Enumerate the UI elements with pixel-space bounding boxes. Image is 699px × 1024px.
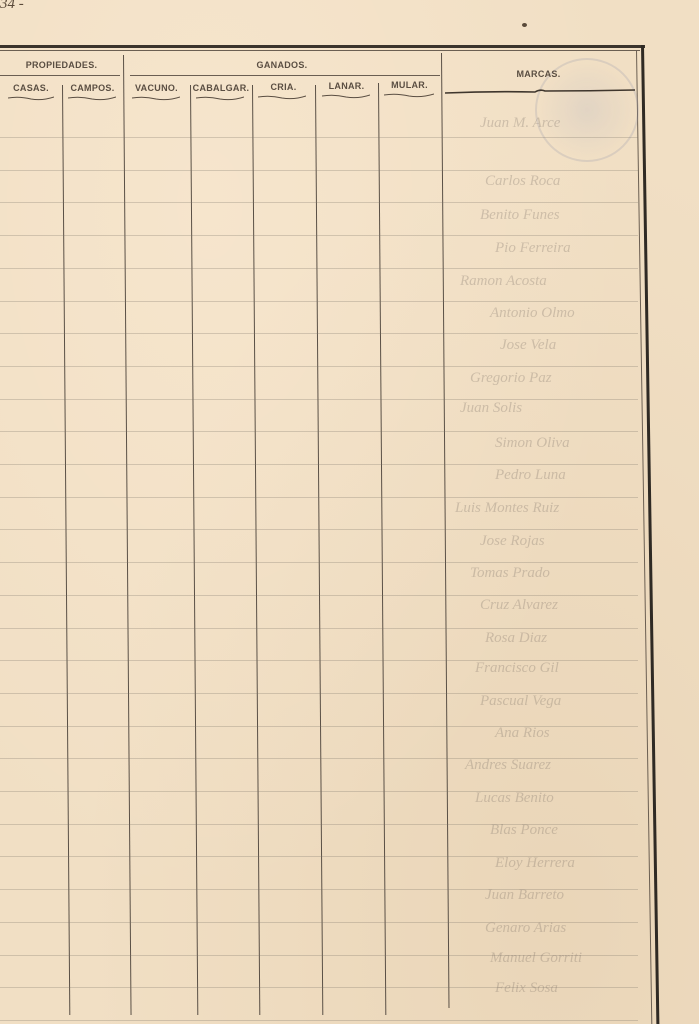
ink-speck — [522, 23, 527, 27]
col-line-7 — [441, 53, 450, 1008]
table-row-line — [0, 301, 638, 302]
squiggle-cabalgar — [196, 95, 244, 101]
table-row-line — [0, 529, 638, 530]
bleed-through-text: Felix Sosa — [495, 980, 558, 997]
bleed-through-text: Simon Oliva — [495, 435, 570, 452]
group-header-propiedades: PROPIEDADES. — [0, 60, 123, 70]
col-header-mular: MULAR. — [378, 80, 441, 90]
col-line-5 — [315, 85, 323, 1015]
col-header-cria: CRIA. — [252, 82, 315, 92]
table-row-line — [0, 399, 638, 400]
squiggle-cria — [258, 94, 306, 100]
table-row-line — [0, 595, 638, 596]
bleed-through-text: Benito Funes — [480, 207, 560, 224]
squiggle-campos — [68, 95, 116, 101]
bleed-through-text: Francisco Gil — [475, 660, 559, 677]
bleed-through-text: Rosa Diaz — [485, 630, 547, 647]
bleed-through-text: Manuel Gorriti — [490, 950, 582, 967]
table-row-line — [0, 137, 638, 138]
bleed-through-text: Ana Rios — [495, 725, 550, 742]
table-row-line — [0, 1020, 638, 1021]
ledger-table: PROPIEDADES. GANADOS. CASAS. CAMPOS. VAC… — [0, 45, 645, 1024]
bleed-through-text: Ramon Acosta — [460, 273, 547, 290]
col-header-campos: CAMPOS. — [62, 83, 123, 93]
table-row-line — [0, 268, 638, 269]
bleed-through-text: Jose Vela — [500, 337, 556, 354]
table-row-line — [0, 562, 638, 563]
col-header-vacuno: VACUNO. — [123, 83, 190, 93]
group-header-ganados: GANADOS. — [123, 60, 441, 70]
bleed-through-text: Pedro Luna — [495, 467, 566, 484]
bleed-through-text: Eloy Herrera — [495, 855, 575, 872]
bleed-through-text: Lucas Benito — [475, 790, 554, 807]
squiggle-casas — [8, 95, 54, 101]
bleed-through-text: Jose Rojas — [480, 533, 545, 550]
bleed-through-text: Andres Suarez — [465, 757, 551, 774]
table-row-line — [0, 464, 638, 465]
col-line-3 — [190, 85, 198, 1015]
table-row-line — [0, 333, 638, 334]
squiggle-mular — [384, 92, 434, 98]
col-header-lanar: LANAR. — [315, 81, 378, 91]
squiggle-vacuno — [132, 95, 180, 101]
bleed-through-text: Pio Ferreira — [495, 240, 571, 257]
group-divider-propiedades — [0, 75, 120, 76]
col-line-1 — [62, 85, 70, 1015]
top-border-inner — [0, 50, 640, 51]
bleed-through-text: Luis Montes Ruiz — [455, 500, 559, 517]
bleed-through-text: Carlos Roca — [485, 173, 560, 190]
col-header-marcas: MARCAS. — [441, 69, 636, 79]
bleed-through-text: Antonio Olmo — [490, 305, 575, 322]
bleed-through-text: Juan M. Arce — [480, 115, 560, 132]
table-row-line — [0, 202, 638, 203]
col-line-2 — [123, 55, 132, 1015]
top-border — [0, 45, 645, 48]
squiggle-marcas — [445, 87, 635, 95]
col-line-6 — [378, 83, 386, 1015]
bleed-through-text: Blas Ponce — [490, 822, 558, 839]
bleed-through-text: Cruz Alvarez — [480, 597, 558, 614]
table-row-line — [0, 431, 638, 432]
bleed-through-text: Juan Barreto — [485, 887, 564, 904]
table-row-line — [0, 628, 638, 629]
table-row-line — [0, 235, 638, 236]
col-line-4 — [252, 85, 260, 1015]
table-row-line — [0, 170, 638, 171]
bleed-through-text: Genaro Arias — [485, 920, 566, 937]
page-number: 34 - — [0, 0, 24, 13]
bleed-through-text: Gregorio Paz — [470, 370, 552, 387]
squiggle-lanar — [322, 93, 370, 99]
col-header-cabalgar: CABALGAR. — [190, 83, 252, 93]
bleed-through-text: Pascual Vega — [480, 693, 561, 710]
group-divider-ganados — [130, 75, 440, 76]
bleed-through-text: Juan Solis — [460, 400, 522, 417]
table-row-line — [0, 497, 638, 498]
col-header-casas: CASAS. — [0, 83, 62, 93]
bleed-through-text: Tomas Prado — [470, 565, 550, 582]
table-row-line — [0, 366, 638, 367]
